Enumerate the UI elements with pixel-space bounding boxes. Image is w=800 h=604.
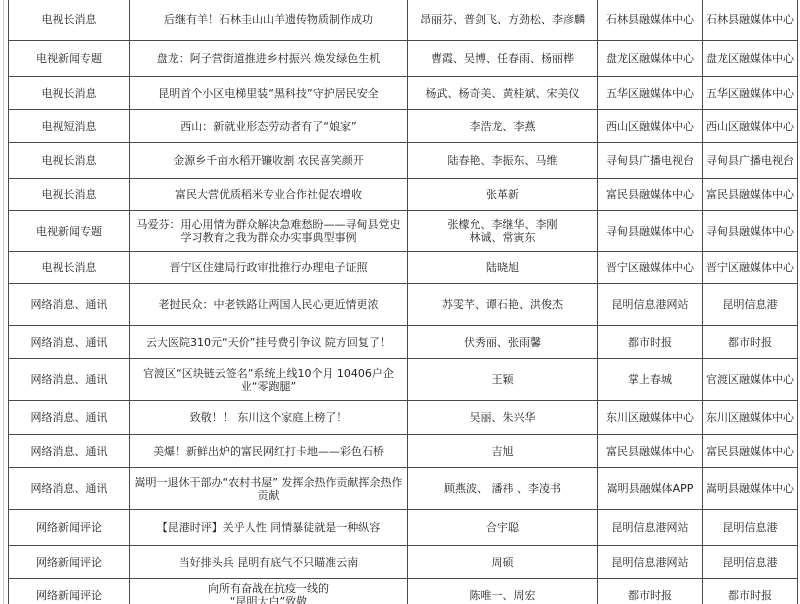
authors-cell: 周硕 [408,546,598,579]
title-cell: 马爱芬：用心用情为群众解决急难愁盼——寻甸县党史学习教育之我为群众办实事典型事例 [130,211,408,252]
table-row: 网络新闻评论 当好排头兵 昆明有底气不只瞄准云南 周硕 昆明信息港网站 昆明信息… [9,546,798,579]
submitting-unit-cell: 寻甸县融媒体中心 [703,211,798,252]
category-cell: 电视长消息 [9,252,130,284]
publishing-outlet-cell: 盘龙区融媒体中心 [598,41,703,77]
authors-cell: 吉旭 [408,435,598,468]
publishing-outlet-cell: 东川区融媒体中心 [598,401,703,435]
category-cell: 网络消息、通讯 [9,401,130,435]
submitting-unit-cell: 昆明信息港 [703,510,798,546]
authors-line-2: 林诚、常寅东 [470,231,536,244]
publishing-outlet-cell: 都市时报 [598,579,703,604]
authors-cell: 曹霞、吴博、任春雨、杨丽桦 [408,41,598,77]
table-row: 网络新闻评论 向所有奋战在抗疫一线的 “昆明大白”致敬 陈唯一、周宏 都市时报 … [9,579,798,604]
table-row: 网络消息、通讯 致敬！！ 东川这个家庭上榜了！ 吴丽、朱兴华 东川区融媒体中心 … [9,401,798,435]
submitting-unit-cell: 富民县融媒体中心 [703,179,798,211]
authors-cell: 昂丽芬、普剑飞、方劲松、李彦麟 [408,0,598,41]
submitting-unit-cell: 西山区融媒体中心 [703,110,798,143]
table-row: 网络消息、通讯 老挝民众：中老铁路让两国人民心更近情更浓 苏雯芊、谭石艳、洪俊杰… [9,284,798,326]
submitting-unit-cell: 寻甸县广播电视台 [703,143,798,179]
submitting-unit-cell: 富民县融媒体中心 [703,435,798,468]
title-cell: 后继有羊！石林圭山山羊遗传物质制作成功 [130,0,408,41]
title-cell: 向所有奋战在抗疫一线的 “昆明大白”致敬 [130,579,408,604]
table-row: 电视新闻专题 马爱芬：用心用情为群众解决急难愁盼——寻甸县党史学习教育之我为群众… [9,211,798,252]
publishing-outlet-cell: 寻甸县广播电视台 [598,143,703,179]
submitting-unit-cell: 石林县融媒体中心 [703,0,798,41]
awards-table-body: 电视长消息 后继有羊！石林圭山山羊遗传物质制作成功 昂丽芬、普剑飞、方劲松、李彦… [9,0,798,604]
authors-cell: 顾燕波、 潘祎 、李凌书 [408,468,598,510]
table-row: 电视长消息 富民大营优质稻米专业合作社促农增收 张革新 富民县融媒体中心 富民县… [9,179,798,211]
category-cell: 电视新闻专题 [9,41,130,77]
submitting-unit-cell: 都市时报 [703,326,798,359]
authors-cell: 合宇聪 [408,510,598,546]
title-cell: 官渡区“区块链云签名”系统上线10个月 10406户企业“零跑腿” [130,359,408,401]
publishing-outlet-cell: 石林县融媒体中心 [598,0,703,41]
category-cell: 网络新闻评论 [9,579,130,604]
authors-cell: 张革新 [408,179,598,211]
category-cell: 网络消息、通讯 [9,435,130,468]
submitting-unit-cell: 昆明信息港 [703,546,798,579]
awards-sheet: 电视长消息 后继有羊！石林圭山山羊遗传物质制作成功 昂丽芬、普剑飞、方劲松、李彦… [0,0,800,604]
table-row: 网络消息、通讯 嵩明一退休干部办“农村书屋” 发挥余热作贡献挥余热作贡献 顾燕波… [9,468,798,510]
title-cell: 昆明首个小区电梯里装“黑科技”守护居民安全 [130,77,408,110]
category-cell: 电视长消息 [9,0,130,41]
publishing-outlet-cell: 嵩明县融媒体APP [598,468,703,510]
submitting-unit-cell: 盘龙区融媒体中心 [703,41,798,77]
awards-table: 电视长消息 后继有羊！石林圭山山羊遗传物质制作成功 昂丽芬、普剑飞、方劲松、李彦… [8,0,798,604]
publishing-outlet-cell: 寻甸县融媒体中心 [598,211,703,252]
authors-cell: 伏秀丽、张雨馨 [408,326,598,359]
publishing-outlet-cell: 晋宁区融媒体中心 [598,252,703,284]
table-row: 电视长消息 晋宁区住建局行政审批推行办理电子证照 陆晓旭 晋宁区融媒体中心 晋宁… [9,252,798,284]
category-cell: 电视长消息 [9,179,130,211]
table-row: 电视长消息 金源乡千亩水稻开镰收割 农民喜笑颜开 陆春艳、李振东、马维 寻甸县广… [9,143,798,179]
publishing-outlet-cell: 昆明信息港网站 [598,284,703,326]
authors-cell: 苏雯芊、谭石艳、洪俊杰 [408,284,598,326]
category-cell: 网络消息、通讯 [9,468,130,510]
title-cell: 【昆港时评】关乎人性 同情暴徒就是一种纵容 [130,510,408,546]
title-cell: 盘龙：阿子营街道推进乡村振兴 焕发绿色生机 [130,41,408,77]
authors-cell: 杨武、杨奇美、黄桂斌、宋美仪 [408,77,598,110]
publishing-outlet-cell: 掌上春城 [598,359,703,401]
submitting-unit-cell: 官渡区融媒体中心 [703,359,798,401]
table-row: 电视长消息 后继有羊！石林圭山山羊遗传物质制作成功 昂丽芬、普剑飞、方劲松、李彦… [9,0,798,41]
title-cell: 老挝民众：中老铁路让两国人民心更近情更浓 [130,284,408,326]
category-cell: 网络消息、通讯 [9,359,130,401]
category-cell: 网络新闻评论 [9,546,130,579]
category-cell: 网络消息、通讯 [9,284,130,326]
publishing-outlet-cell: 昆明信息港网站 [598,510,703,546]
sheet-left-edge [3,0,4,604]
submitting-unit-cell: 嵩明县融媒体中心 [703,468,798,510]
publishing-outlet-cell: 富民县融媒体中心 [598,435,703,468]
category-cell: 电视短消息 [9,110,130,143]
title-cell: 富民大营优质稻米专业合作社促农增收 [130,179,408,211]
submitting-unit-cell: 五华区融媒体中心 [703,77,798,110]
title-cell: 云大医院310元“天价”挂号费引争议 院方回复了！ [130,326,408,359]
publishing-outlet-cell: 都市时报 [598,326,703,359]
table-row: 网络消息、通讯 云大医院310元“天价”挂号费引争议 院方回复了！ 伏秀丽、张雨… [9,326,798,359]
table-row: 电视新闻专题 盘龙：阿子营街道推进乡村振兴 焕发绿色生机 曹霞、吴博、任春雨、杨… [9,41,798,77]
authors-cell: 吴丽、朱兴华 [408,401,598,435]
publishing-outlet-cell: 五华区融媒体中心 [598,77,703,110]
publishing-outlet-cell: 西山区融媒体中心 [598,110,703,143]
category-cell: 电视长消息 [9,143,130,179]
title-cell: 嵩明一退休干部办“农村书屋” 发挥余热作贡献挥余热作贡献 [130,468,408,510]
title-cell: 美爆！新鲜出炉的富民网红打卡地——彩色石桥 [130,435,408,468]
submitting-unit-cell: 东川区融媒体中心 [703,401,798,435]
title-line-1: 向所有奋战在抗疫一线的 [208,582,329,595]
title-cell: 当好排头兵 昆明有底气不只瞄准云南 [130,546,408,579]
title-line-2: “昆明大白”致敬 [230,595,307,604]
authors-cell: 张檬允、李继华、李刚 林诚、常寅东 [408,211,598,252]
table-row: 电视长消息 昆明首个小区电梯里装“黑科技”守护居民安全 杨武、杨奇美、黄桂斌、宋… [9,77,798,110]
authors-cell: 陈唯一、周宏 [408,579,598,604]
authors-line-1: 张檬允、李继华、李刚 [448,218,558,231]
table-row: 电视短消息 西山：新就业形态劳动者有了“娘家” 李浩龙、李燕 西山区融媒体中心 … [9,110,798,143]
publishing-outlet-cell: 富民县融媒体中心 [598,179,703,211]
title-cell: 致敬！！ 东川这个家庭上榜了！ [130,401,408,435]
authors-cell: 王颖 [408,359,598,401]
publishing-outlet-cell: 昆明信息港网站 [598,546,703,579]
submitting-unit-cell: 都市时报 [703,579,798,604]
authors-cell: 李浩龙、李燕 [408,110,598,143]
submitting-unit-cell: 昆明信息港 [703,284,798,326]
category-cell: 网络消息、通讯 [9,326,130,359]
category-cell: 网络新闻评论 [9,510,130,546]
table-row: 网络新闻评论 【昆港时评】关乎人性 同情暴徒就是一种纵容 合宇聪 昆明信息港网站… [9,510,798,546]
table-row: 网络消息、通讯 美爆！新鲜出炉的富民网红打卡地——彩色石桥 吉旭 富民县融媒体中… [9,435,798,468]
title-cell: 金源乡千亩水稻开镰收割 农民喜笑颜开 [130,143,408,179]
title-cell: 西山：新就业形态劳动者有了“娘家” [130,110,408,143]
table-row: 网络消息、通讯 官渡区“区块链云签名”系统上线10个月 10406户企业“零跑腿… [9,359,798,401]
category-cell: 电视新闻专题 [9,211,130,252]
category-cell: 电视长消息 [9,77,130,110]
authors-cell: 陆晓旭 [408,252,598,284]
title-cell: 晋宁区住建局行政审批推行办理电子证照 [130,252,408,284]
submitting-unit-cell: 晋宁区融媒体中心 [703,252,798,284]
authors-cell: 陆春艳、李振东、马维 [408,143,598,179]
